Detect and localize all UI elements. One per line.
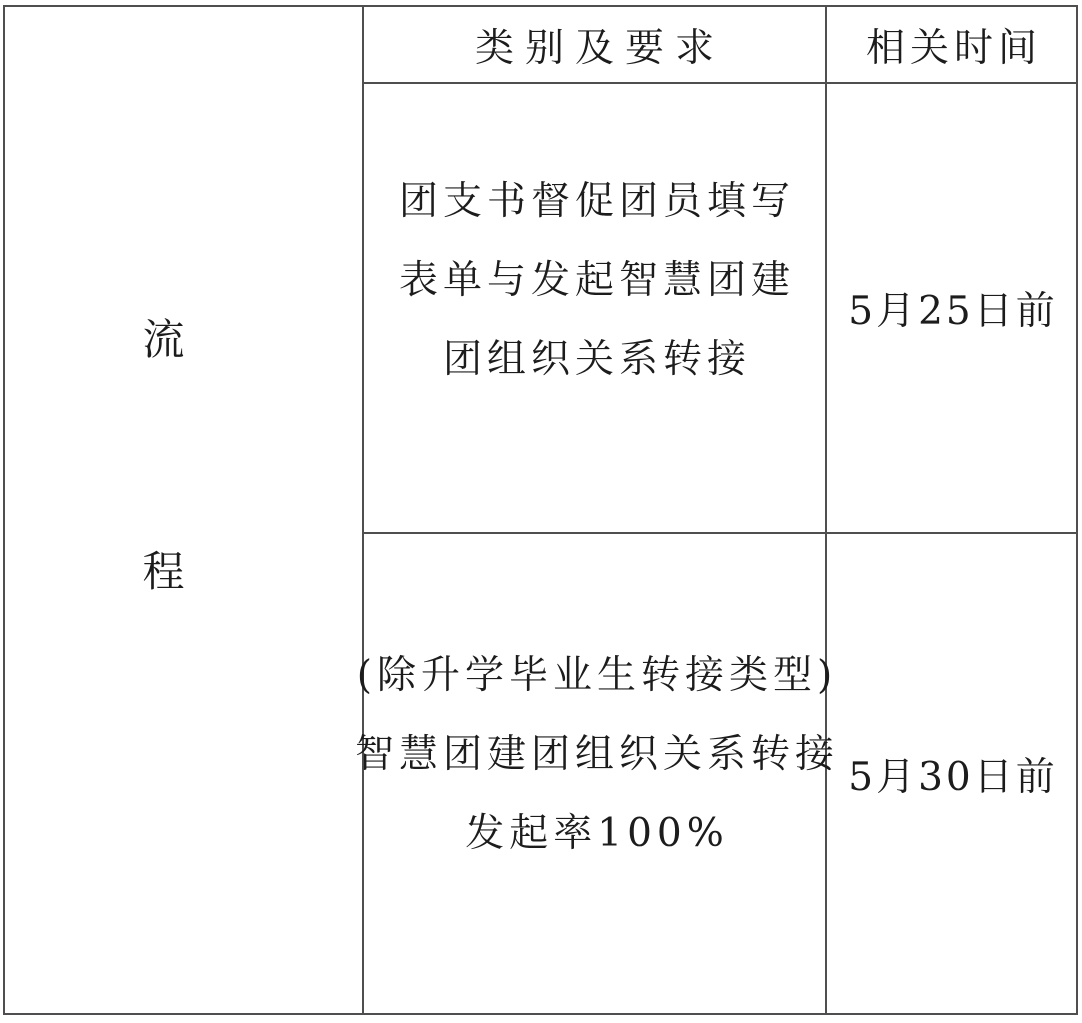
category-row2-line1: (除升学毕业生转接类型) <box>352 656 837 695</box>
process-table: 流 程 类别及要求 相关时间 团支书督促团员填写 表单与发起智慧团建 团组织关系… <box>3 5 1078 1015</box>
row-header-char-2: 程 <box>142 551 184 593</box>
category-row2-line2: 智慧团建团组织关系转接 <box>350 735 839 774</box>
column-header-time: 相关时间 <box>826 6 1077 83</box>
time-cell-row1: 5月25日前 <box>826 83 1077 533</box>
category-row2-line3: 发起率100% <box>460 814 729 853</box>
category-row1-line2: 表单与发起智慧团建 <box>394 261 795 300</box>
category-text-row1: 团支书督促团员填写 表单与发起智慧团建 团组织关系转接 <box>364 84 825 532</box>
category-row1-line3: 团组织关系转接 <box>438 340 751 379</box>
category-cell-row2: (除升学毕业生转接类型) 智慧团建团组织关系转接 发起率100% <box>363 533 826 1014</box>
row-header-cell-process: 流 程 <box>4 6 363 1014</box>
time-cell-row2: 5月30日前 <box>826 533 1077 1014</box>
row-header-char-1: 流 <box>142 319 184 361</box>
category-text-row2: (除升学毕业生转接类型) 智慧团建团组织关系转接 发起率100% <box>364 534 825 1013</box>
column-header-category: 类别及要求 <box>363 6 826 83</box>
header-row: 流 程 类别及要求 相关时间 <box>4 6 1077 83</box>
category-row1-line1: 团支书督促团员填写 <box>394 182 795 221</box>
category-cell-row1: 团支书督促团员填写 表单与发起智慧团建 团组织关系转接 <box>363 83 826 533</box>
row-header-vertical-text: 流 程 <box>0 7 342 1013</box>
process-table-container: 流 程 类别及要求 相关时间 团支书督促团员填写 表单与发起智慧团建 团组织关系… <box>3 5 1076 1013</box>
